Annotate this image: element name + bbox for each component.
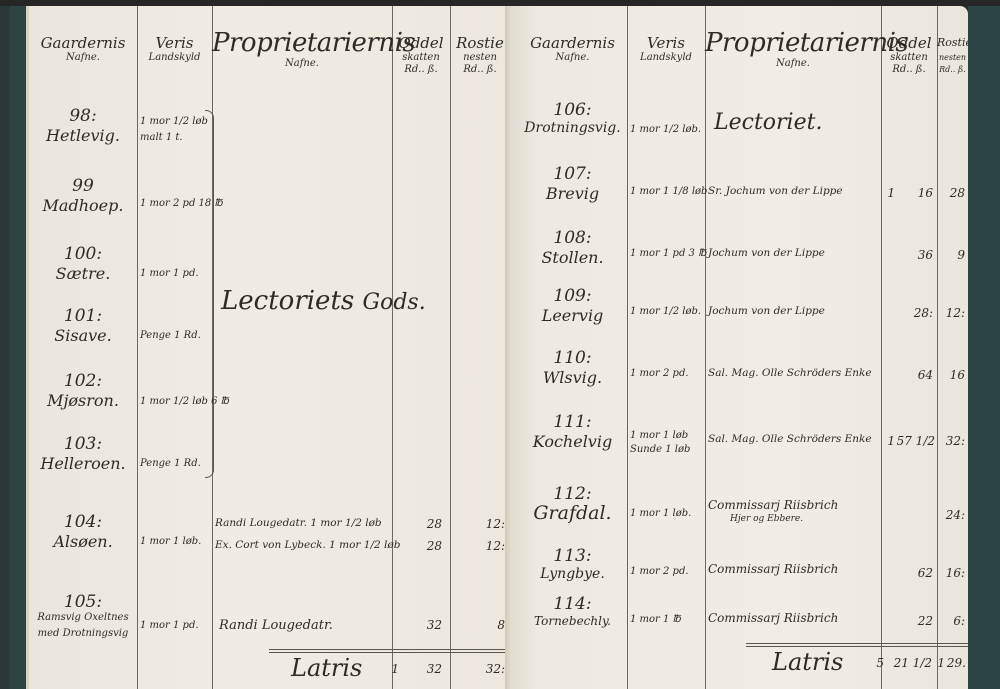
rostie-amount-2: 12: xyxy=(450,539,505,553)
assessment: 1 mor 1 pd 3 ℔ xyxy=(630,248,706,259)
assessment: 1 mor 1 løb xyxy=(630,430,688,441)
farm-name: Madhoep. xyxy=(29,196,137,215)
owner-name: Randi Lougedatr. 1 mor 1/2 løb xyxy=(215,517,382,529)
farm-name: Grafdal. xyxy=(518,502,627,524)
farm-number: 112: xyxy=(518,484,627,504)
owner-name-2: Hjer og Ebbere. xyxy=(730,514,803,524)
left-page: GaardernisNafne. VerisLandskyld Propriet… xyxy=(26,6,513,689)
header-assessment: VerisLandskyld xyxy=(627,34,705,64)
oddel-rd: 1 xyxy=(881,186,895,200)
assessment: 1 mor 1/2 løb. xyxy=(630,306,701,317)
farm-name: Helleroen. xyxy=(29,454,137,473)
column-rule xyxy=(450,6,451,689)
farm-number: 114: xyxy=(518,594,627,614)
assessment: 1 mor 1/2 løb. xyxy=(630,124,701,135)
oddel-amount: 28 xyxy=(392,517,442,531)
assessment: 1 mor 2 pd. xyxy=(630,368,689,379)
farm-number: 108: xyxy=(518,228,627,248)
owner-name: Sal. Mag. Olle Schröders Enke xyxy=(708,433,872,445)
grouping-brace xyxy=(205,110,214,478)
farm-number: 100: xyxy=(29,244,137,264)
owner-name: Jochum von der Lippe xyxy=(708,247,825,259)
assessment: 1 mor 1 pd. xyxy=(140,268,199,279)
group-owner: Lectoriets Gods. xyxy=(221,286,426,316)
total-rostie: 29. xyxy=(946,656,966,670)
total-label: Latris xyxy=(772,648,843,676)
assessment-line-2: Sunde 1 løb xyxy=(630,444,690,455)
rostie-amount: 24: xyxy=(937,508,965,522)
assessment: 1 mor 1/2 løb xyxy=(140,116,208,127)
total-oddel: 32 xyxy=(392,662,442,676)
farm-name: Sætre. xyxy=(29,264,137,283)
farm-name: Drotningsvig. xyxy=(518,120,627,136)
column-rule xyxy=(705,6,706,689)
header-owner-name: ProprietariernisNafne. xyxy=(212,28,392,70)
header-oddel: OddelskattenRd.. ß. xyxy=(392,34,450,76)
farm-number: 101: xyxy=(29,306,137,326)
total-oddel: 21 1/2 xyxy=(888,656,932,670)
farm-number: 109: xyxy=(518,286,627,306)
owner-name: Randi Lougedatr. xyxy=(219,618,333,633)
header-rostie: RostienestenRd.. ß. xyxy=(937,34,968,76)
farm-name: Stollen. xyxy=(518,248,627,267)
oddel-amount: 62 xyxy=(895,566,933,580)
farm-name: Tornebechly. xyxy=(518,614,627,628)
assessment: 1 mor 1 løb. xyxy=(140,536,201,547)
assessment: 1 mor 1/2 løb 6 ℔ xyxy=(140,396,229,407)
oddel-amount: 57 1/2 xyxy=(895,434,935,448)
assessment: 1 mor 1 pd. xyxy=(140,620,199,631)
assessment: 1 mor 1 løb. xyxy=(630,508,691,519)
total-rule xyxy=(746,643,968,644)
farm-number: 103: xyxy=(29,434,137,454)
farm-number: 98: xyxy=(29,106,137,126)
total-oddel-rd: 5 xyxy=(870,656,884,670)
column-rule xyxy=(881,6,882,689)
rostie-amount: 16: xyxy=(937,566,965,580)
rostie-amount: 8 xyxy=(450,618,505,632)
farm-name: Brevig xyxy=(518,184,627,203)
farm-number: 113: xyxy=(518,546,627,566)
column-rule xyxy=(627,6,628,689)
oddel-amount: 16 xyxy=(895,186,933,200)
header-farm-name: GaardernisNafne. xyxy=(29,34,137,64)
total-rostie: 32: xyxy=(450,662,505,676)
farm-name: Leervig xyxy=(518,306,627,325)
header-assessment: VerisLandskyld xyxy=(137,34,212,64)
rostie-amount: 16 xyxy=(937,368,965,382)
column-rule xyxy=(137,6,138,689)
farm-name: Ramsvig Oxeltnes xyxy=(29,612,137,624)
rostie-amount: 28 xyxy=(937,186,965,200)
oddel-amount: 64 xyxy=(895,368,933,382)
book-cover-left-edge xyxy=(10,6,26,689)
rostie-amount: 12: xyxy=(450,517,505,531)
owner-name: Sr. Jochum von der Lippe xyxy=(708,185,843,197)
farm-name-2: med Drotningsvig xyxy=(29,628,137,640)
oddel-amount: 22 xyxy=(895,614,933,628)
farm-name: Sisave. xyxy=(29,326,137,345)
total-rule xyxy=(269,649,513,650)
assessment: Penge 1 Rd. xyxy=(140,458,201,469)
farm-name: Wlsvig. xyxy=(518,368,627,387)
total-rule xyxy=(746,646,968,647)
farm-name: Hetlevig. xyxy=(29,126,137,145)
farm-number: 105: xyxy=(29,592,137,612)
rostie-amount: 6: xyxy=(937,614,965,628)
farm-number: 102: xyxy=(29,371,137,391)
total-label: Latris xyxy=(291,654,362,682)
header-oddel: OddelskattenRd.. ß. xyxy=(881,34,937,76)
assessment-line-2: malt 1 t. xyxy=(140,132,183,143)
rostie-amount: 9 xyxy=(937,248,965,262)
header-farm-name: GaardernisNafne. xyxy=(518,34,627,64)
oddel-rd: 1 xyxy=(881,434,895,448)
farm-name: Lyngbye. xyxy=(518,566,627,582)
owner-name: Lectoriet. xyxy=(714,110,822,135)
total-rule xyxy=(269,652,513,653)
header-owner-name: ProprietariernisNafne. xyxy=(705,28,881,70)
rostie-amount: 12: xyxy=(937,306,965,320)
owner-name: Commissarj Riisbrich xyxy=(708,562,838,576)
owner-name: Jochum von der Lippe xyxy=(708,305,825,317)
column-rule xyxy=(937,6,938,689)
oddel-amount: 32 xyxy=(392,618,442,632)
farm-name: Kochelvig xyxy=(518,432,627,451)
book-cover-right xyxy=(968,6,1000,689)
farm-number: 106: xyxy=(518,100,627,120)
owner-name: Commissarj Riisbrich xyxy=(708,498,838,512)
assessment: 1 mor 1 ℔ xyxy=(630,614,681,625)
owner-name: Sal. Mag. Olle Schröders Enke xyxy=(708,367,872,379)
header-rostie: RostienestenRd.. ß. xyxy=(450,34,510,76)
farm-number: 104: xyxy=(29,512,137,532)
assessment: Penge 1 Rd. xyxy=(140,330,201,341)
owner-name: Commissarj Riisbrich xyxy=(708,611,838,625)
farm-number: 107: xyxy=(518,164,627,184)
farm-name: Alsøen. xyxy=(29,532,137,551)
oddel-amount-2: 28 xyxy=(392,539,442,553)
total-rostie-rd: 1 xyxy=(937,656,945,670)
assessment: 1 mor 1 1/8 løb xyxy=(630,186,707,197)
oddel-amount: 36 xyxy=(895,248,933,262)
farm-name: Mjøsron. xyxy=(29,391,137,410)
assessment: 1 mor 2 pd. xyxy=(630,566,689,577)
owner-name-2: Ex. Cort von Lybeck. 1 mor 1/2 løb xyxy=(215,539,400,551)
column-rule xyxy=(392,6,393,689)
farm-number: 110: xyxy=(518,348,627,368)
oddel-amount: 28: xyxy=(895,306,933,320)
right-page: GaardernisNafne. VerisLandskyld Propriet… xyxy=(510,6,968,689)
farm-number: 99 xyxy=(29,176,137,196)
rostie-amount: 32: xyxy=(937,434,965,448)
farm-number: 111: xyxy=(518,412,627,432)
